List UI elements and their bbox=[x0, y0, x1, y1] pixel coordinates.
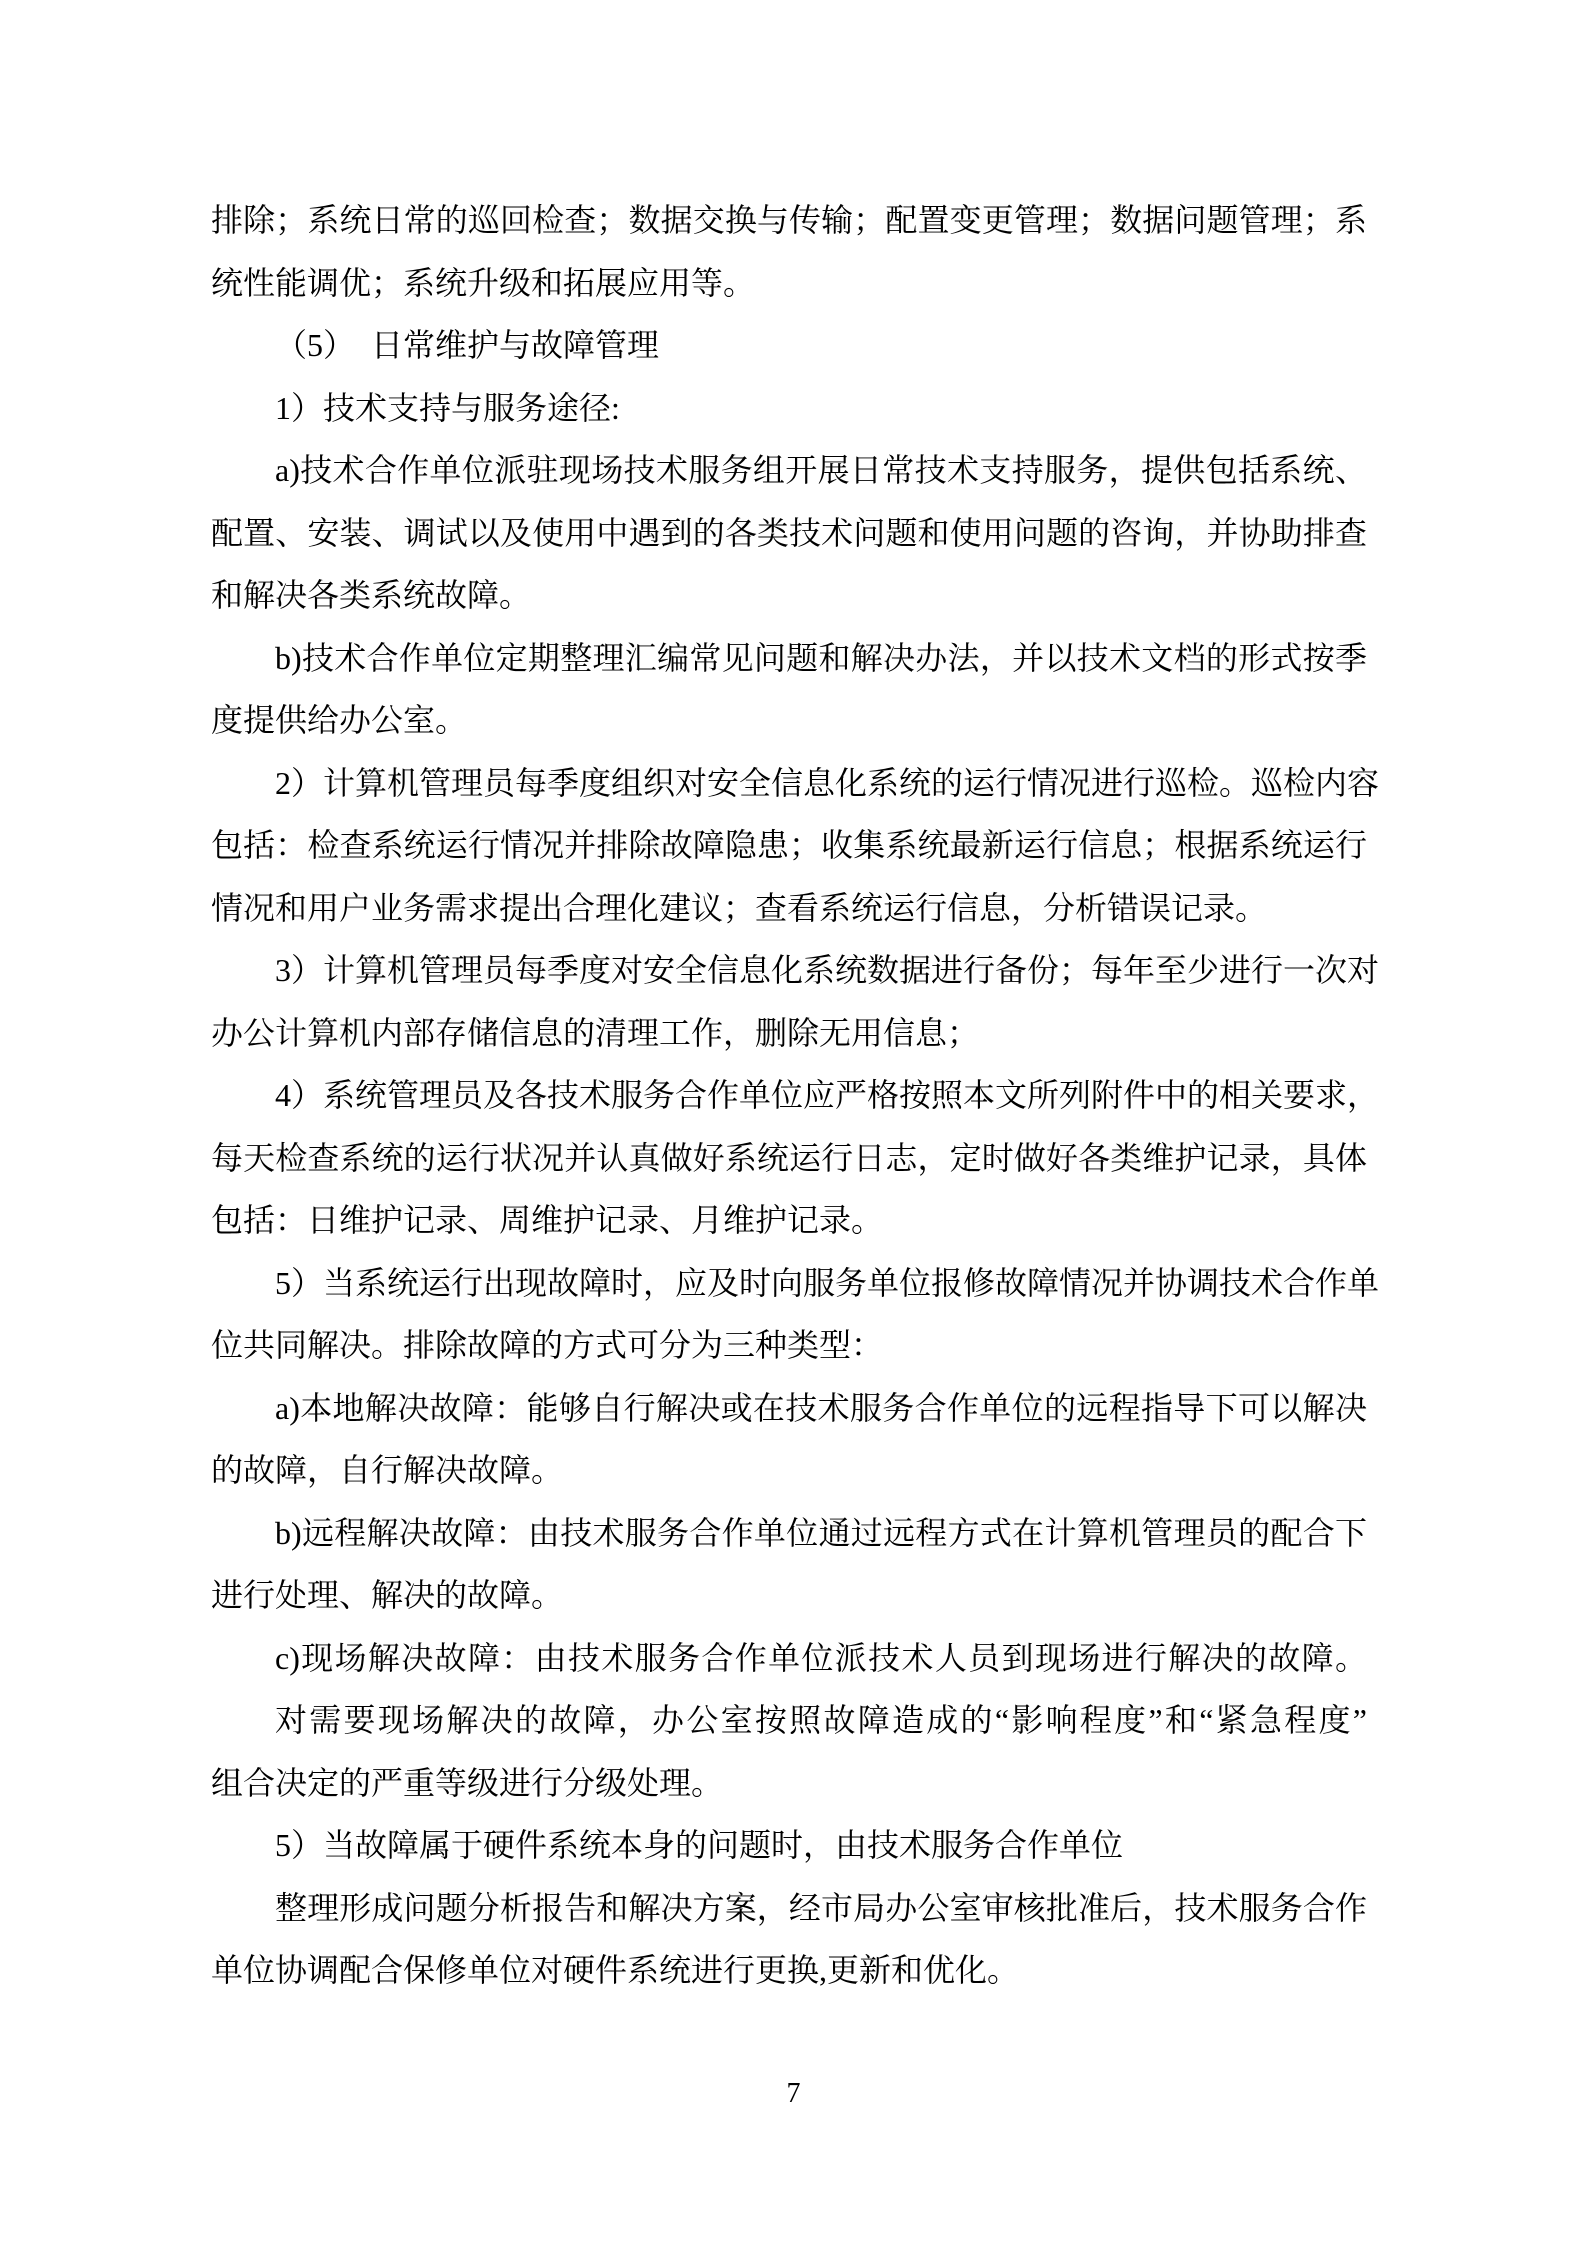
document-page: 排除；系统日常的巡回检查；数据交换与传输；配置变更管理；数据问题管理；系 统性能… bbox=[0, 0, 1587, 2245]
text-line: 每天检查系统的运行状况并认真做好系统运行日志，定时做好各类维护记录，具体 bbox=[211, 1127, 1367, 1190]
text-line: 单位协调配合保修单位对硬件系统进行更换,更新和优化。 bbox=[211, 1939, 1367, 2002]
text-line: a)技术合作单位派驻现场技术服务组开展日常技术支持服务，提供包括系统、 bbox=[211, 439, 1367, 502]
text-line: 配置、安装、调试以及使用中遇到的各类技术问题和使用问题的咨询，并协助排查 bbox=[211, 502, 1367, 565]
document-body: 排除；系统日常的巡回检查；数据交换与传输；配置变更管理；数据问题管理；系 统性能… bbox=[211, 189, 1367, 2002]
text-line: c)现场解决故障：由技术服务合作单位派技术人员到现场进行解决的故障。 bbox=[211, 1627, 1367, 1690]
text-line: 2）计算机管理员每季度组织对安全信息化系统的运行情况进行巡检。巡检内容 bbox=[211, 752, 1367, 815]
text-line: 的故障，自行解决故障。 bbox=[211, 1439, 1367, 1502]
text-line: 3）计算机管理员每季度对安全信息化系统数据进行备份；每年至少进行一次对 bbox=[211, 939, 1367, 1002]
text-line: 情况和用户业务需求提出合理化建议；查看系统运行信息，分析错误记录。 bbox=[211, 877, 1367, 940]
text-line: 包括：日维护记录、周维护记录、月维护记录。 bbox=[211, 1189, 1367, 1252]
text-line: b)技术合作单位定期整理汇编常见问题和解决办法，并以技术文档的形式按季 bbox=[211, 627, 1367, 690]
text-line: 5）当系统运行出现故障时，应及时向服务单位报修故障情况并协调技术合作单 bbox=[211, 1252, 1367, 1315]
text-line: 位共同解决。排除故障的方式可分为三种类型： bbox=[211, 1314, 1367, 1377]
page-number: 7 bbox=[0, 2076, 1587, 2112]
sub-heading: 1）技术支持与服务途径: bbox=[211, 377, 1367, 440]
text-line: 办公计算机内部存储信息的清理工作，删除无用信息； bbox=[211, 1002, 1367, 1065]
text-line: 和解决各类系统故障。 bbox=[211, 564, 1367, 627]
text-line: 整理形成问题分析报告和解决方案，经市局办公室审核批准后，技术服务合作 bbox=[211, 1877, 1367, 1940]
text-line: 5）当故障属于硬件系统本身的问题时，由技术服务合作单位 bbox=[211, 1814, 1367, 1877]
text-line: 包括：检查系统运行情况并排除故障隐患；收集系统最新运行信息；根据系统运行 bbox=[211, 814, 1367, 877]
text-line: 进行处理、解决的故障。 bbox=[211, 1564, 1367, 1627]
text-line: 统性能调优；系统升级和拓展应用等。 bbox=[211, 252, 1367, 315]
text-line: 排除；系统日常的巡回检查；数据交换与传输；配置变更管理；数据问题管理；系 bbox=[211, 189, 1367, 252]
text-line: b)远程解决故障：由技术服务合作单位通过远程方式在计算机管理员的配合下 bbox=[211, 1502, 1367, 1565]
text-line: 度提供给办公室。 bbox=[211, 689, 1367, 752]
text-line: 4）系统管理员及各技术服务合作单位应严格按照本文所列附件中的相关要求， bbox=[211, 1064, 1367, 1127]
text-line: 组合决定的严重等级进行分级处理。 bbox=[211, 1752, 1367, 1815]
text-line: 对需要现场解决的故障，办公室按照故障造成的“影响程度”和“紧急程度” bbox=[211, 1689, 1367, 1752]
section-heading: （5） 日常维护与故障管理 bbox=[211, 314, 1367, 377]
text-line: a)本地解决故障：能够自行解决或在技术服务合作单位的远程指导下可以解决 bbox=[211, 1377, 1367, 1440]
